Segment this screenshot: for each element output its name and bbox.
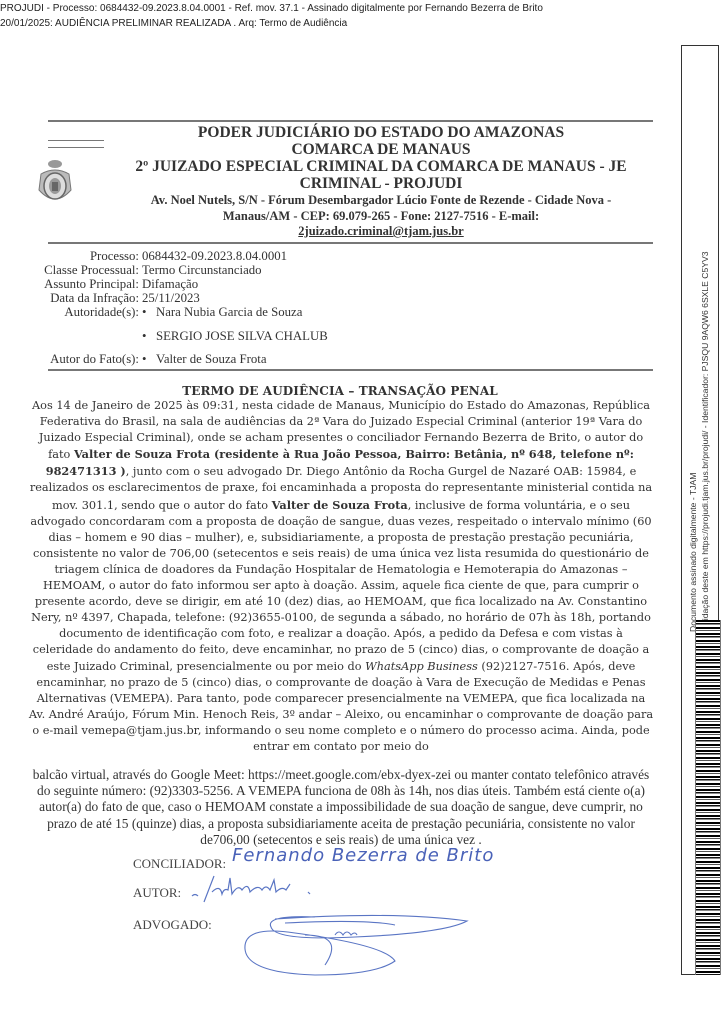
autoridade-name: Nara Nubia Garcia de Souza	[156, 305, 302, 319]
autor-signature-scribble	[190, 872, 350, 907]
autor-signature-label: AUTOR:	[133, 885, 181, 901]
term-body-paragraph: Aos 14 de Janeiro de 2025 às 09:31, nest…	[28, 398, 654, 755]
letterhead-line-3: 2º JUIZADO ESPECIAL CRIMINAL DA COMARCA …	[112, 158, 650, 175]
case-classe-row: Classe Processual:Termo Circunstanciado	[30, 263, 262, 277]
advogado-signature-scribble	[235, 905, 475, 985]
classe-label: Classe Processual:	[30, 263, 139, 277]
barcode	[695, 620, 721, 975]
case-data-infracao-row: Data da Infração:25/11/2023	[30, 291, 200, 305]
data-infracao-value: 25/11/2023	[142, 291, 200, 305]
conciliador-signature-label: CONCILIADOR:	[133, 856, 226, 872]
stamp-line-2: 20/01/2025: AUDIÊNCIA PRELIMINAR REALIZA…	[0, 18, 347, 29]
processo-value: 0684432-09.2023.8.04.0001	[142, 249, 287, 263]
autoridades-label: Autoridade(s):	[30, 305, 139, 319]
autoridade-name: SERGIO JOSE SILVA CHALUB	[156, 329, 328, 343]
stamp-line-1: PROJUDI - Processo: 0684432-09.2023.8.04…	[0, 3, 543, 14]
classe-value: Termo Circunstanciado	[142, 263, 262, 277]
conciliador-handwritten-signature: Fernando Bezerra de Brito	[232, 845, 494, 866]
letterhead-email-link[interactable]: 2juizado.criminal@tjam.jus.br	[112, 224, 650, 239]
letterhead-top-rule	[48, 120, 653, 122]
case-autoridade-row-1: Autoridade(s):•Nara Nubia Garcia de Souz…	[30, 305, 302, 319]
advogado-signature-label: ADVOGADO:	[133, 917, 212, 933]
bullet-icon: •	[142, 305, 156, 319]
letterhead-line-2: COMARCA DE MANAUS	[112, 141, 650, 158]
bullet-icon: •	[142, 329, 156, 343]
letterhead-left-rule-2	[48, 147, 104, 148]
letterhead-line-1: PODER JUDICIÁRIO DO ESTADO DO AMAZONAS	[112, 124, 650, 141]
letterhead-left-rule-1	[48, 140, 104, 141]
case-autor-fato-row: Autor do Fato(s):•Valter de Souza Frota	[30, 352, 267, 366]
letterhead-address-2: Manaus/AM - CEP: 69.079-265 - Fone: 2127…	[112, 209, 650, 224]
autor-fato-name: Valter de Souza Frota	[156, 352, 267, 366]
case-autoridade-row-2: •SERGIO JOSE SILVA CHALUB	[30, 329, 328, 343]
letterhead-line-4: CRIMINAL - PROJUDI	[112, 175, 650, 192]
side-stamp-line-1: Documento assinado digitalmente - TJAM	[688, 473, 698, 632]
data-infracao-label: Data da Infração:	[30, 291, 139, 305]
side-stamp-line-2: Validação deste em https://projudi.tjam.…	[700, 251, 710, 632]
letterhead-address-1: Av. Noel Nutels, S/N - Fórum Desembargad…	[112, 193, 650, 208]
autor-fato-label: Autor do Fato(s):	[30, 352, 139, 366]
assunto-label: Assunto Principal:	[30, 277, 139, 291]
assunto-value: Difamação	[142, 277, 198, 291]
term-title: TERMO DE AUDIÊNCIA – TRANSAÇÃO PENAL	[0, 384, 680, 398]
bullet-icon: •	[142, 352, 156, 366]
case-info-top-rule	[48, 242, 653, 244]
processo-label: Processo:	[30, 249, 139, 263]
case-info-bottom-rule	[48, 369, 653, 371]
case-assunto-row: Assunto Principal:Difamação	[30, 277, 198, 291]
case-processo-row: Processo:0684432-09.2023.8.04.0001	[30, 249, 287, 263]
court-coat-of-arms-icon	[35, 158, 75, 208]
term-body-paragraph-2: balcão virtual, através do Google Meet: …	[28, 767, 654, 848]
